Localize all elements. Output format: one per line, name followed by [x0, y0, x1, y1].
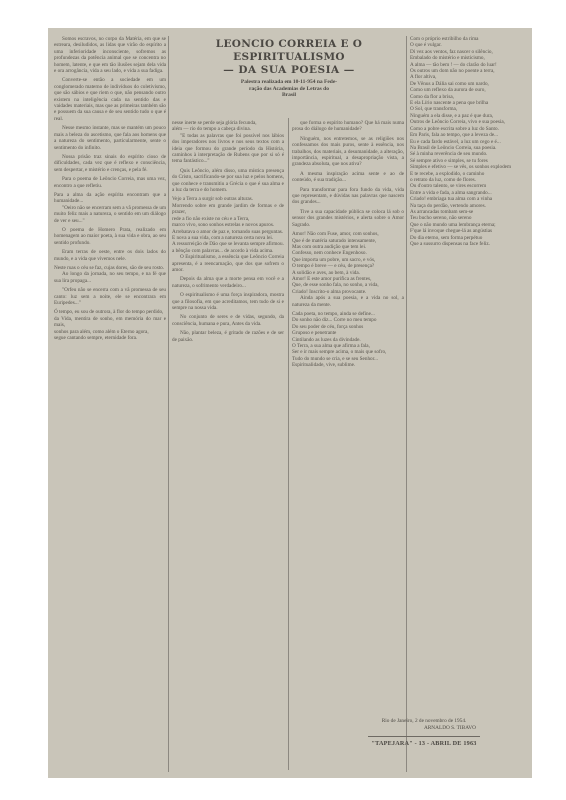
signature-block: Rio de Janeiro, 2 de novembro de 1954. A… [372, 718, 476, 731]
paragraph: Ninguém, nos entretemos, se as religiões… [292, 136, 404, 168]
paragraph: O Espiritualismo, a essência que Leôncio… [172, 254, 284, 273]
paragraph: "E todas as palavras que foi possível no… [172, 133, 284, 165]
paragraph: "Oeiro não se encerram sem a vã promessa… [54, 205, 166, 224]
column-divider [168, 36, 169, 772]
text-column-4: Com o próprio estribilho da rimaO que é … [410, 36, 524, 636]
paragraph: Espiritualidade, vive, sublime. [292, 362, 404, 368]
footer-rule [368, 736, 480, 737]
signature-place-date: Rio de Janeiro, 2 de novembro de 1954. [372, 718, 476, 725]
paragraph: Simples e efetivo — se vês, os sonhos ex… [410, 164, 524, 170]
paragraph: Para transformar para fora fundo da vida… [292, 187, 404, 206]
paragraph: Ao longo da jornada, no seu tempo, e na … [54, 271, 166, 284]
paragraph: No conjunto de seres e de vidas, segundo… [172, 314, 284, 327]
newspaper-page: LEONCIO CORREIA E O ESPIRITUALISMO — DA … [48, 28, 532, 778]
paragraph: Para a alma da ação espírita encontram q… [54, 192, 166, 205]
paragraph: que forma o espírito humano? Que há mais… [292, 120, 404, 133]
article-title: LEONCIO CORREIA E O ESPIRITUALISMO [172, 38, 406, 64]
paragraph: A ressurreição de Dão que se levanta sem… [172, 241, 284, 247]
article-header: LEONCIO CORREIA E O ESPIRITUALISMO — DA … [172, 38, 406, 99]
column-divider [288, 118, 289, 770]
paragraph: Não, plantar beleza, é gritado de razões… [172, 330, 284, 343]
paragraph: Quis Leôncio, além disso, uma mística pr… [172, 168, 284, 194]
page-footer: "TAPEJARA" - 13 - ABRIL DE 1963 [368, 740, 480, 747]
paragraph: marco vivo, sono sonhos estrelas e novos… [172, 222, 284, 228]
article-title-line2: — DA SUA POESIA — [172, 64, 406, 77]
paragraph: Para o poema de Leôncio Correia, mas uma… [54, 176, 166, 189]
paragraph: Nesse mesmo instante, mas se mantém um p… [54, 125, 166, 151]
paragraph: A mesma inspiração acima sente e ao de c… [292, 171, 404, 184]
text-column-1: Somos escravos, no corpo da Matéria, em … [54, 36, 166, 771]
paragraph: segue cantando sempre, eternidade fora. [54, 335, 166, 341]
paragraph: Tive a sua capacidade pública se coloca … [292, 209, 404, 228]
paragraph: Somos escravos, no corpo da Matéria, em … [54, 36, 166, 74]
paragraph: da Vida, mentira de sonho, em memória do… [54, 316, 166, 329]
paragraph: Depois da alma que a morte pensa em você… [172, 276, 284, 289]
paragraph: Arrebatava o amor de paz e, tornando sua… [172, 229, 284, 235]
paragraph: Eram terras de oeste, entre os dois lado… [54, 249, 166, 262]
signature-author: ARNALDO S. TIBAVO [372, 725, 476, 732]
paragraph: O espiritualismo é uma força inspiradora… [172, 292, 284, 311]
paragraph: Ainda após a sua poesia, e a vida no sol… [292, 295, 404, 308]
text-column-3: que forma o espírito humano? Que há mais… [292, 120, 404, 770]
paragraph: Nossa prisão traz sinais do espírito cio… [54, 154, 166, 173]
paragraph: Converte-se então a sociedade em um cong… [54, 77, 166, 122]
paragraph: O poema de Homero Prata, realizado em ho… [54, 227, 166, 246]
text-column-2: nesse inerte se perde seja glória fecund… [172, 120, 284, 770]
paragraph: Que a sussurro dispensas na face feliz. [410, 241, 524, 247]
paragraph: Morrendo sobre em grande jardim de forma… [172, 203, 284, 216]
paragraph: Ó tempo, eu sou de outrora, à flor do te… [54, 309, 166, 315]
paragraph: "Orfeu não se encerra com a vã promessa … [54, 287, 166, 306]
article-subtitle-line3: Brasil [172, 92, 406, 99]
column-divider [406, 36, 407, 772]
